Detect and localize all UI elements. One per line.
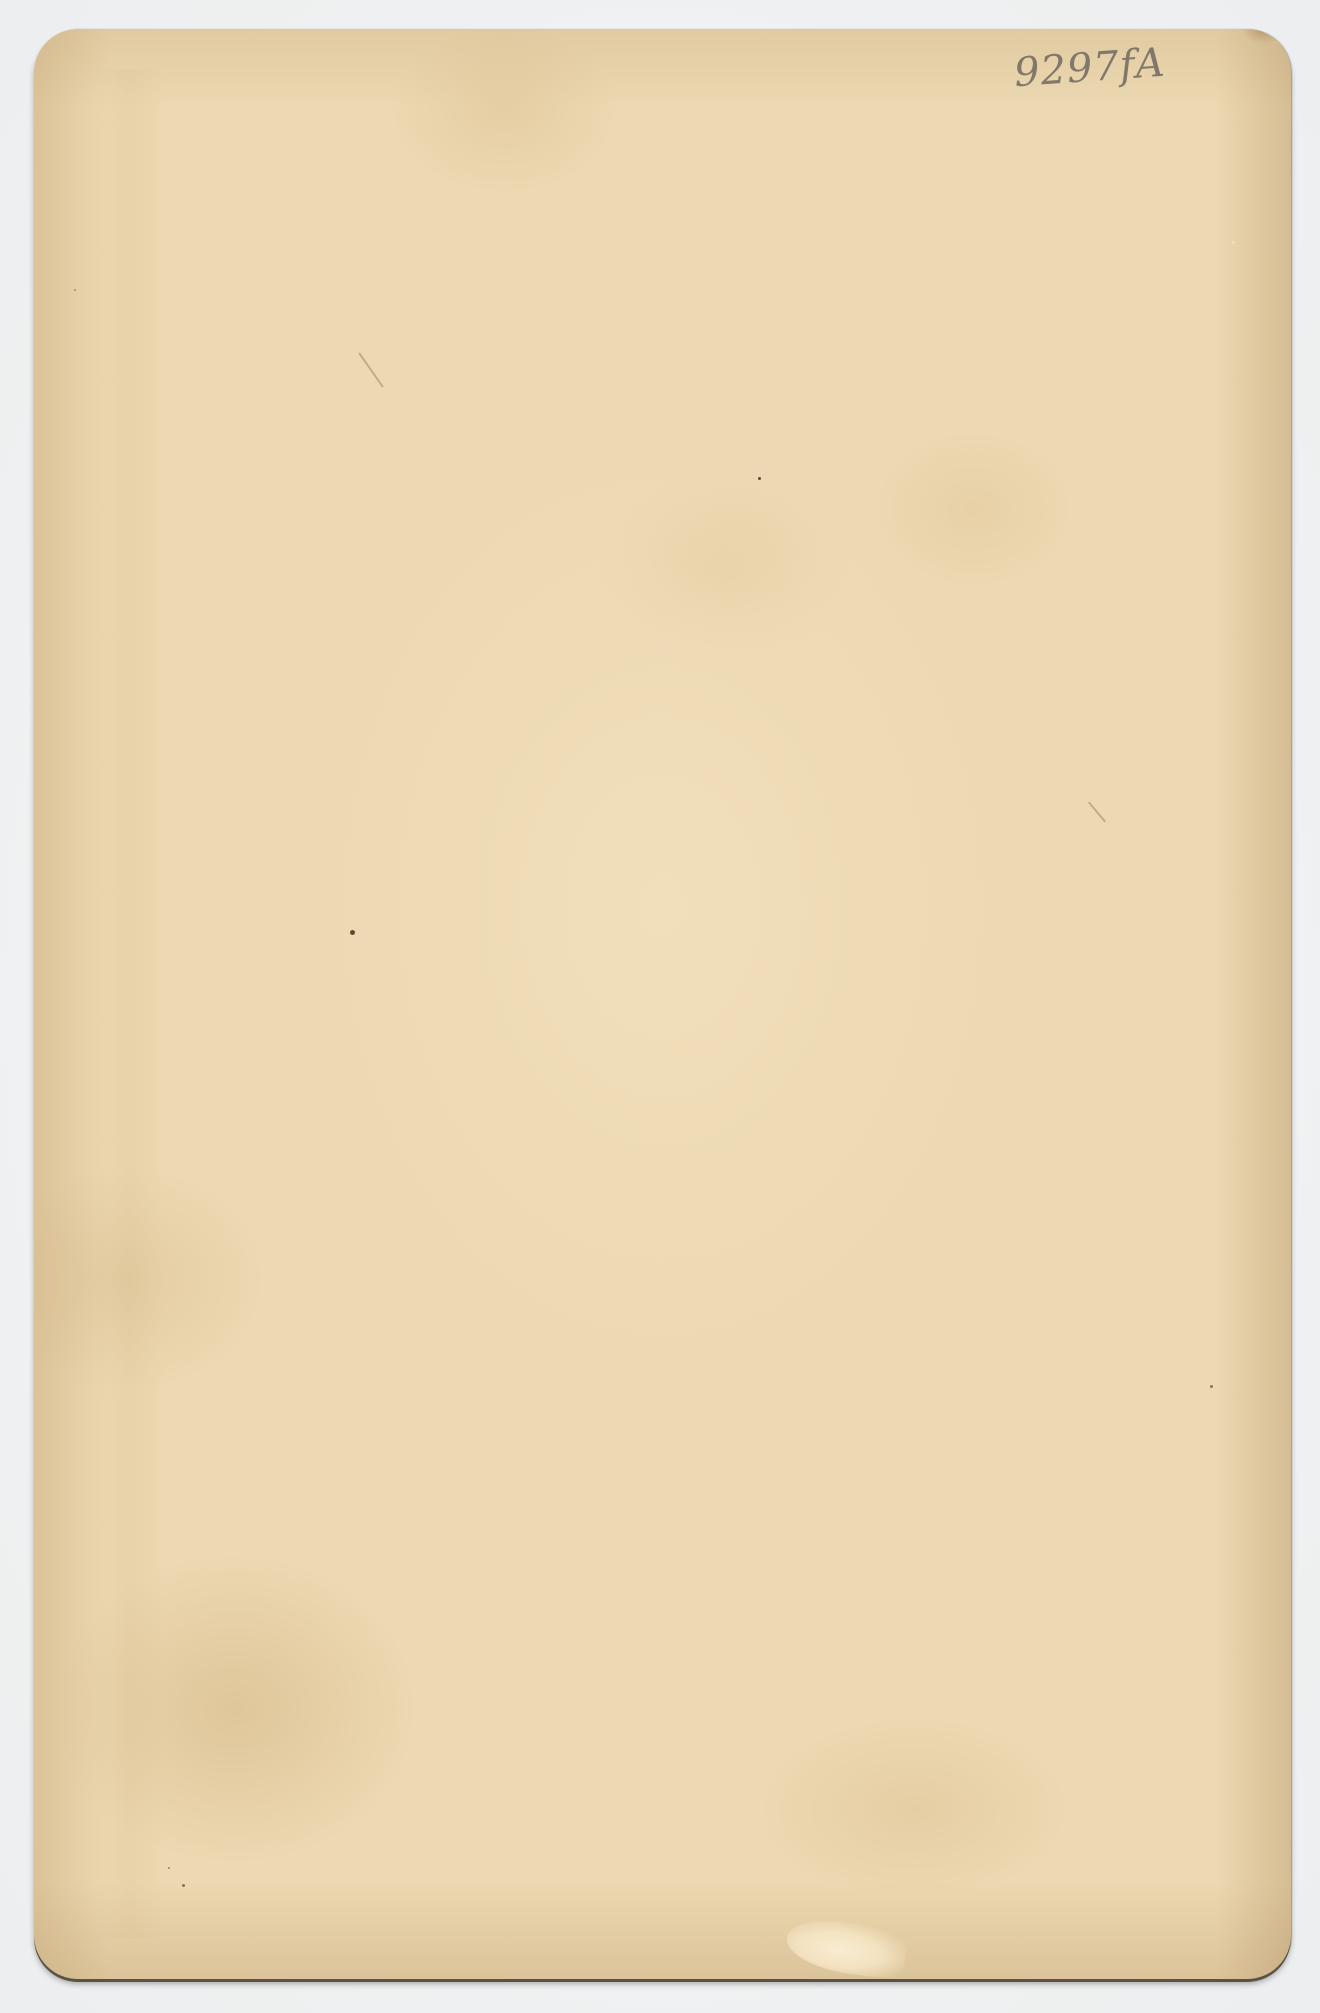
foxing-speck (74, 289, 76, 291)
foxing-speck (1232, 241, 1235, 244)
paper-band-stain (94, 69, 164, 1939)
corner-wear (1243, 29, 1283, 43)
foxing-speck (182, 1884, 185, 1887)
foxing-speck (350, 930, 355, 935)
foxing-speck (168, 1867, 170, 1869)
foxing-speck (1210, 1385, 1213, 1388)
foxing-speck (758, 477, 761, 480)
paper-toning (34, 29, 1291, 1979)
cabinet-card-back: 9297fA (34, 29, 1291, 1979)
